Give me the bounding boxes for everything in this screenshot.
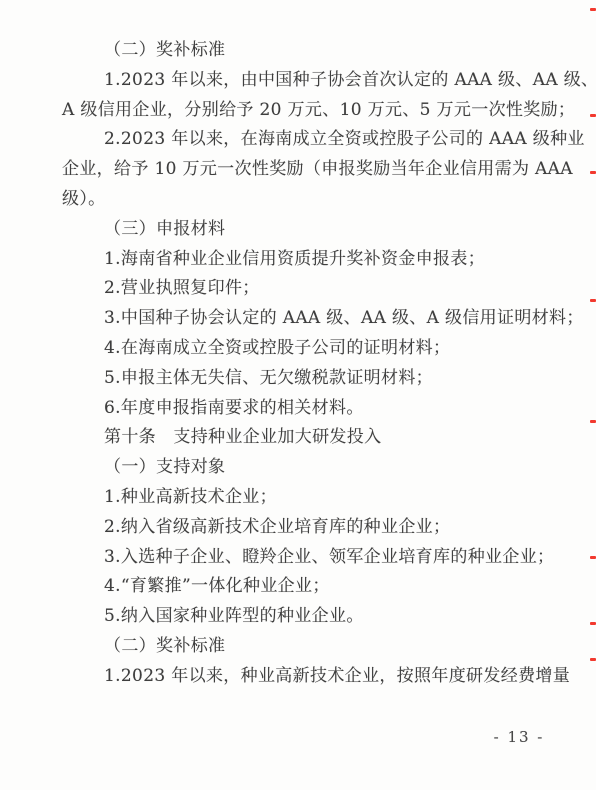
text-line: 1.海南省种业企业信用资质提升奖补资金申报表； — [62, 245, 546, 275]
red-edge-mark — [590, 114, 596, 117]
text-line: 2.纳入省级高新技术企业培育库的种业企业； — [62, 513, 546, 543]
document-page: （二）奖补标准1.2023 年以来，由中国种子协会首次认定的 AAA 级、AA … — [0, 0, 596, 790]
red-edge-mark — [590, 299, 596, 302]
text-line: （三）申报材料 — [62, 215, 546, 245]
text-line: 3.入选种子企业、瞪羚企业、领军企业培育库的种业企业； — [62, 543, 546, 573]
red-edge-mark — [590, 622, 596, 625]
text-line: 2.2023 年以来，在海南成立全资或控股子公司的 AAA 级种业 — [62, 125, 546, 155]
red-edge-mark — [590, 8, 596, 11]
text-line: 6.年度申报指南要求的相关材料。 — [62, 394, 546, 424]
text-line: 5.申报主体无失信、无欠缴税款证明材料； — [62, 364, 546, 394]
text-line: 第十条 支持种业企业加大研发投入 — [62, 423, 546, 453]
text-line: 4.“育繁推”一体化种业企业； — [62, 572, 546, 602]
text-line: 1.种业高新技术企业； — [62, 483, 546, 513]
text-line: 5.纳入国家种业阵型的种业企业。 — [62, 602, 546, 632]
red-edge-mark — [590, 556, 596, 559]
red-edge-mark — [590, 171, 596, 174]
red-edge-mark — [590, 658, 596, 661]
document-text: （二）奖补标准1.2023 年以来，由中国种子协会首次认定的 AAA 级、AA … — [62, 36, 546, 692]
text-line: 4.在海南成立全资或控股子公司的证明材料； — [62, 334, 546, 364]
text-line: 级）。 — [62, 185, 546, 215]
text-line: 3.中国种子协会认定的 AAA 级、AA 级、A 级信用证明材料； — [62, 304, 546, 334]
text-line: 企业，给予 10 万元一次性奖励（申报奖励当年企业信用需为 AAA — [62, 155, 546, 185]
page-number: - 13 - — [489, 728, 549, 746]
text-line: （二）奖补标准 — [62, 632, 546, 662]
text-line: 1.2023 年以来，种业高新技术企业，按照年度研发经费增量 — [62, 662, 546, 692]
red-edge-mark — [590, 420, 596, 423]
text-line: A 级信用企业，分别给予 20 万元、10 万元、5 万元一次性奖励； — [62, 96, 546, 126]
text-line: （一）支持对象 — [62, 453, 546, 483]
text-line: （二）奖补标准 — [62, 36, 546, 66]
text-line: 1.2023 年以来，由中国种子协会首次认定的 AAA 级、AA 级、 — [62, 66, 546, 96]
text-line: 2.营业执照复印件； — [62, 274, 546, 304]
